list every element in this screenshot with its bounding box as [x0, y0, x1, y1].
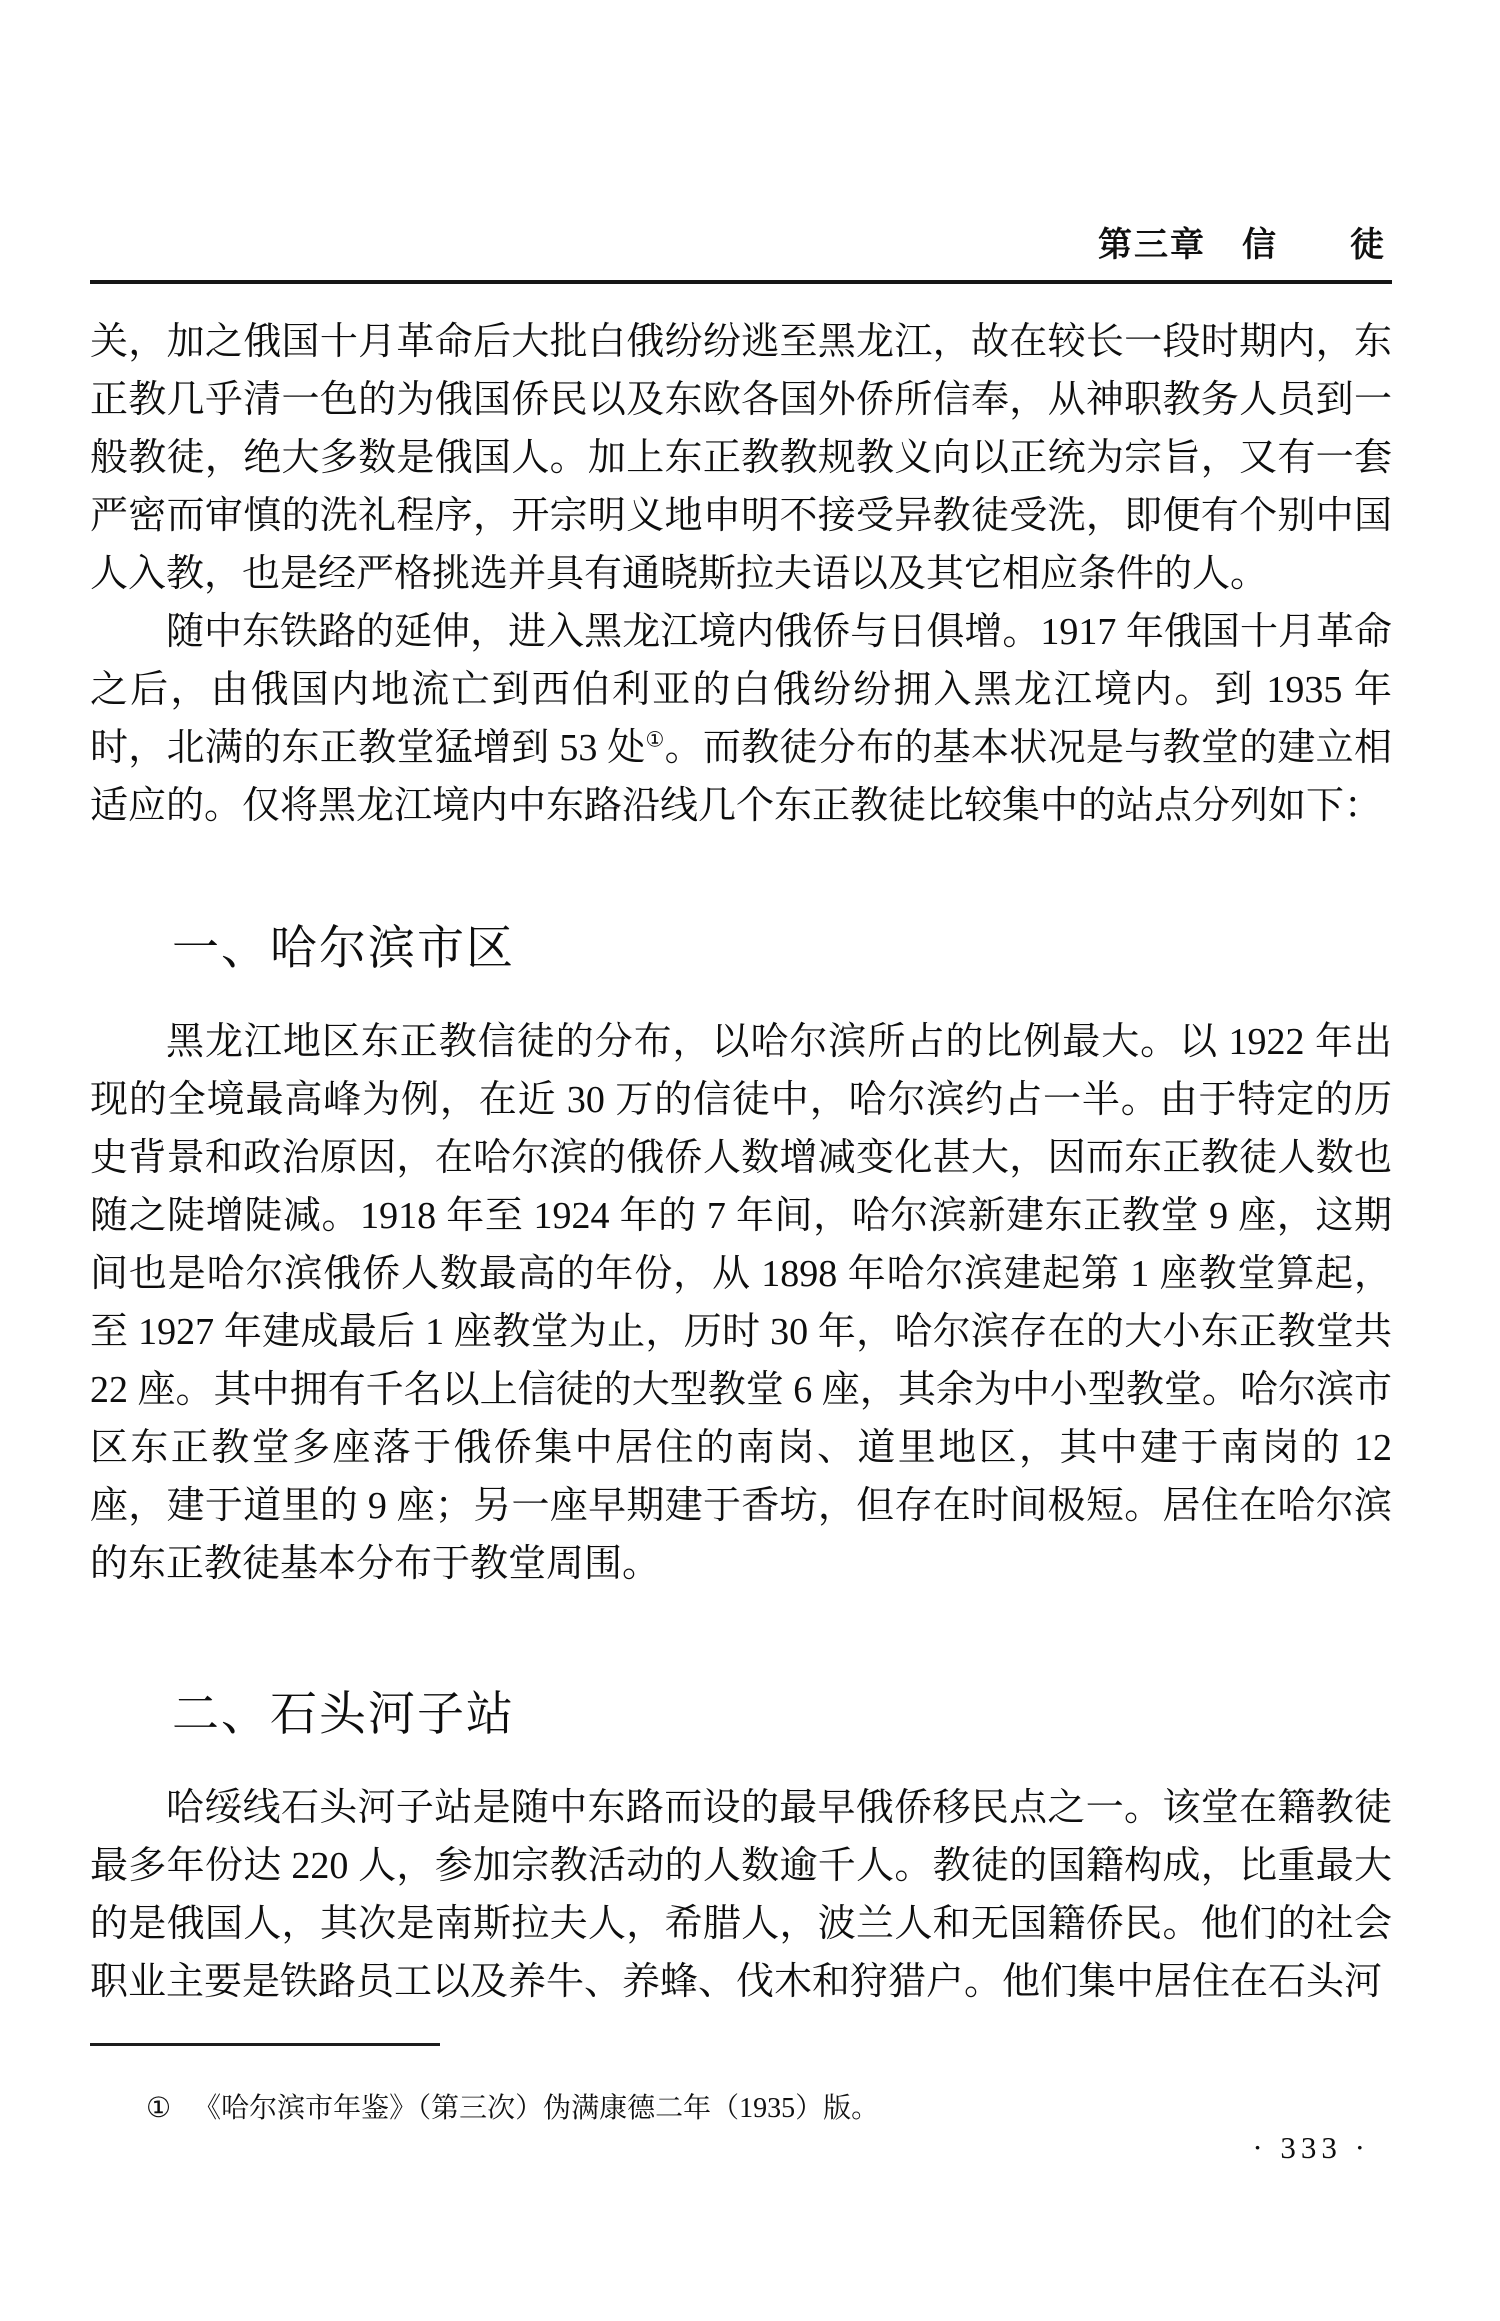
- page-number: · 333 ·: [90, 2129, 1370, 2167]
- book-page: 第三章 信 徒 关，加之俄国十月革命后大批白俄纷纷逃至黑龙江，故在较长一段时期内…: [0, 0, 1500, 2321]
- header-rule: [90, 280, 1392, 284]
- footnote: ①《哈尔滨市年鉴》（第三次）伪满康德二年（1935）版。: [146, 2090, 1386, 2128]
- footnote-separator: [90, 2043, 440, 2046]
- footnote-marker: ①: [146, 2093, 171, 2124]
- paragraph-3: 黑龙江地区东正教信徒的分布，以哈尔滨所占的比例最大。以 1922 年出现的全境最…: [90, 1013, 1392, 1593]
- section-heading-shitouhezi-station: 二、石头河子站: [172, 1685, 515, 1745]
- footnote-text: 《哈尔滨市年鉴》（第三次）伪满康德二年（1935）版。: [193, 2093, 879, 2124]
- paragraph-2: 随中东铁路的延伸，进入黑龙江境内俄侨与日俱增。1917 年俄国十月革命之后，由俄…: [90, 603, 1392, 835]
- running-header-chapter-title: 第三章 信 徒: [90, 226, 1386, 266]
- section-heading-harbin-city: 一、哈尔滨市区: [172, 919, 515, 979]
- paragraph-1: 关，加之俄国十月革命后大批白俄纷纷逃至黑龙江，故在较长一段时期内，东正教几乎清一…: [90, 313, 1392, 603]
- paragraph-4: 哈绥线石头河子站是随中东路而设的最早俄侨移民点之一。该堂在籍教徒最多年份达 22…: [90, 1779, 1392, 2011]
